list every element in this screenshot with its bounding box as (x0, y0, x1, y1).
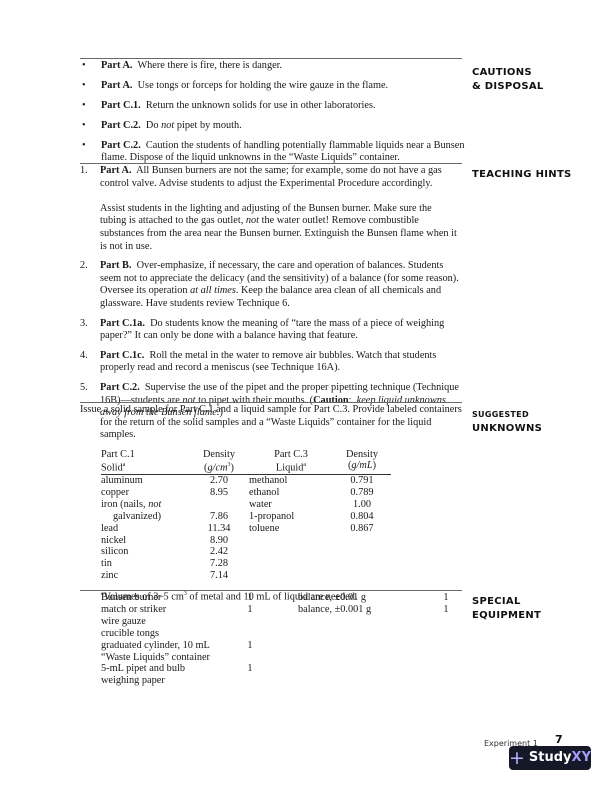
density-table-body: aluminum2.70methanol0.791copper8.95ethan… (101, 475, 391, 583)
part-label: Part C.1a. (100, 318, 145, 329)
liquid-name (249, 570, 333, 582)
liquid-density: 0.867 (333, 523, 391, 535)
equipment-qty: 1 (235, 640, 265, 652)
caution-item: • Part A. Where there is fire, there is … (80, 60, 464, 73)
equipment-item: graduated cylinder, 10 mL (101, 640, 235, 652)
unknowns-heading-line1: Suggested (472, 408, 542, 422)
caution-text: Where there is fire, there is danger. (137, 60, 282, 71)
part-label: Part C.1c. (100, 350, 144, 361)
solid-density: 2.42 (189, 546, 249, 558)
equipment-row: graduated cylinder, 10 mL1 (101, 640, 265, 652)
hint-text: Do students know the meaning of “tare th… (100, 318, 444, 342)
part-label: Part C.2. (101, 120, 141, 131)
liquid-name (249, 558, 333, 570)
liquid-density (333, 570, 391, 582)
solid-density: 7.14 (189, 570, 249, 582)
equipment-heading-line2: Equipment (472, 609, 541, 623)
cautions-heading-line2: & Disposal (472, 80, 544, 94)
liquid-density (333, 546, 391, 558)
caution-item: • Part A. Use tongs or forceps for holdi… (80, 80, 464, 93)
equipment-item: wire gauze (101, 616, 235, 628)
equipment-item: weighing paper (101, 675, 235, 687)
header-density-liquid: Density (333, 449, 391, 460)
caution-text: Return the unknown solids for use in oth… (146, 100, 376, 111)
solid-name: tin (101, 558, 189, 570)
caution-text: Use tongs or forceps for holding the wir… (138, 80, 388, 91)
cautions-heading: Cautions & Disposal (472, 66, 544, 94)
solid-name: zinc (101, 570, 189, 582)
header-liquid: Part C.3 (249, 449, 333, 460)
section-rule-teaching (80, 163, 462, 164)
equipment-item: crucible tongs (101, 628, 235, 640)
liquid-name (249, 535, 333, 547)
cautions-heading-line1: Cautions (472, 66, 544, 80)
equipment-item: balance, ±0.01 g (298, 592, 436, 604)
equipment-row: weighing paper (101, 675, 265, 687)
caution-text: Caution the students of handling potenti… (101, 140, 464, 164)
header-liquid-sub: Liquida (249, 460, 333, 474)
section-rule-unknowns (80, 402, 462, 403)
bullet-icon: • (82, 80, 86, 93)
solid-density (189, 499, 249, 511)
equipment-qty: 1 (436, 604, 456, 616)
liquid-density: 0.789 (333, 487, 391, 499)
liquid-density (333, 535, 391, 547)
solid-name: copper (101, 487, 189, 499)
solid-name: silicon (101, 546, 189, 558)
special-equipment-heading: Special Equipment (472, 595, 541, 623)
density-table: Part C.1 Density Part C.3 Density Solida… (101, 449, 391, 582)
equipment-item: balance, ±0.001 g (298, 604, 436, 616)
solid-density: 7.86 (189, 511, 249, 523)
liquid-name: 1-propanol (249, 511, 333, 523)
liquid-name: methanol (249, 475, 333, 487)
part-label: Part A. (100, 165, 131, 176)
equipment-row: wire gauze (101, 616, 265, 628)
cautions-list: • Part A. Where there is fire, there is … (80, 60, 464, 165)
item-number: 1. (80, 165, 88, 178)
solid-name: aluminum (101, 475, 189, 487)
part-label: Part A. (101, 60, 132, 71)
hint-item: 4. Part C.1c. Roll the metal in the wate… (80, 350, 460, 375)
brand-name: StudyXY (529, 752, 591, 765)
liquid-name (249, 546, 333, 558)
hint-text: Roll the metal in the water to remove ai… (100, 350, 436, 374)
item-number: 2. (80, 260, 88, 273)
part-label: Part C.2. (100, 382, 140, 393)
unknowns-heading-line2: Unknowns (472, 422, 542, 436)
part-label: Part A. (101, 80, 132, 91)
table-row: aluminum2.70methanol0.791 (101, 475, 391, 487)
bullet-icon: • (82, 100, 86, 113)
density-table-header: Part C.1 Density Part C.3 Density (101, 449, 391, 460)
equipment-row: 5-mL pipet and bulb1 (101, 663, 265, 675)
hint-text: All Bunsen burners are not the same; for… (100, 165, 442, 189)
liquid-density: 1.00 (333, 499, 391, 511)
section-rule-equipment (80, 590, 462, 591)
liquid-density (333, 558, 391, 570)
solid-name: nickel (101, 535, 189, 547)
equipment-qty: 1 (235, 604, 265, 616)
emphasis: not (161, 120, 174, 131)
equipment-row: balance, ±0.01 g1 (298, 592, 456, 604)
suggested-unknowns-heading: Suggested Unknowns (472, 408, 542, 436)
equipment-row: match or striker1 (101, 604, 265, 616)
solid-name: iron (nails, not (101, 499, 189, 511)
liquid-name: toluene (249, 523, 333, 535)
equipment-qty: 1 (235, 592, 265, 604)
equipment-left-body: Bunsen burner1match or striker1wire gauz… (101, 592, 265, 687)
hint-item: 2. Part B. Over-emphasize, if necessary,… (80, 260, 460, 310)
header-solid-sub: Solida (101, 460, 189, 474)
liquid-density: 0.791 (333, 475, 391, 487)
table-row: lead11.34toluene0.867 (101, 523, 391, 535)
equipment-right-body: balance, ±0.01 g1balance, ±0.001 g1 (298, 592, 456, 616)
bullet-icon: • (82, 140, 86, 153)
table-row: zinc7.14 (101, 570, 391, 582)
header-density-solid-unit: (g/cm3) (189, 460, 249, 474)
caution-item: • Part C.1. Return the unknown solids fo… (80, 100, 464, 113)
liquid-name: ethanol (249, 487, 333, 499)
equipment-heading-line1: Special (472, 595, 541, 609)
emphasis: not (246, 215, 259, 226)
solid-name: galvanized) (101, 511, 189, 523)
equipment-item: “Waste Liquids” container (101, 652, 235, 664)
equipment-qty (235, 652, 265, 664)
table-row: copper8.95ethanol0.789 (101, 487, 391, 499)
hint-item: 3. Part C.1a. Do students know the meani… (80, 318, 460, 343)
page-number: 7 (555, 734, 563, 747)
item-number: 4. (80, 350, 88, 363)
equipment-item: 5-mL pipet and bulb (101, 663, 235, 675)
equipment-row: “Waste Liquids” container (101, 652, 265, 664)
equipment-row: crucible tongs (101, 628, 265, 640)
solid-name: lead (101, 523, 189, 535)
table-row: iron (nails, notwater1.00 (101, 499, 391, 511)
table-row: tin7.28 (101, 558, 391, 570)
equipment-qty (235, 628, 265, 640)
item-number: 3. (80, 318, 88, 331)
suggested-unknowns-body: Issue a solid sample for Part C.1 and a … (80, 404, 462, 604)
bullet-icon: • (82, 120, 86, 133)
caution-text: pipet by mouth. (177, 120, 242, 131)
part-label: Part C.2. (101, 140, 141, 151)
equipment-qty: 1 (436, 592, 456, 604)
solid-density: 11.34 (189, 523, 249, 535)
item-number: 5. (80, 382, 88, 395)
equipment-left-table: Bunsen burner1match or striker1wire gauz… (101, 592, 265, 687)
studyxy-watermark[interactable]: +StudyXY (509, 746, 591, 770)
caution-text: Do (146, 120, 159, 131)
caution-item: • Part C.2. Caution the students of hand… (80, 140, 473, 165)
liquid-density: 0.804 (333, 511, 391, 523)
teaching-hints-heading: Teaching Hints (472, 168, 572, 182)
caution-item: • Part C.2. Do not pipet by mouth. (80, 120, 464, 133)
solid-density: 7.28 (189, 558, 249, 570)
solid-density: 2.70 (189, 475, 249, 487)
bullet-icon: • (82, 60, 86, 73)
equipment-right-table: balance, ±0.01 g1balance, ±0.001 g1 (298, 592, 456, 616)
equipment-item: match or striker (101, 604, 235, 616)
equipment-qty: 1 (235, 663, 265, 675)
header-solid: Part C.1 (101, 449, 189, 460)
equipment-item: Bunsen burner (101, 592, 235, 604)
section-rule-cautions (80, 58, 462, 59)
solid-density: 8.90 (189, 535, 249, 547)
teaching-hints-list: 1. Part A. All Bunsen burners are not th… (80, 165, 460, 420)
unknowns-intro: Issue a solid sample for Part C.1 and a … (80, 404, 462, 442)
equipment-qty (235, 616, 265, 628)
equipment-row: Bunsen burner1 (101, 592, 265, 604)
liquid-name: water (249, 499, 333, 511)
density-table-header: Solida (g/cm3) Liquida (g/mL) (101, 460, 391, 474)
plus-icon: + (509, 748, 525, 768)
solid-density: 8.95 (189, 487, 249, 499)
part-label: Part B. (100, 260, 131, 271)
table-row: silicon2.42 (101, 546, 391, 558)
header-density-liquid-unit: (g/mL) (333, 460, 391, 474)
hint-item: 1. Part A. All Bunsen burners are not th… (80, 165, 460, 253)
equipment-row: balance, ±0.001 g1 (298, 604, 456, 616)
header-density-solid: Density (189, 449, 249, 460)
equipment-qty (235, 675, 265, 687)
part-label: Part C.1. (101, 100, 141, 111)
table-row: nickel8.90 (101, 535, 391, 547)
table-row: galvanized)7.861-propanol0.804 (101, 511, 391, 523)
emphasis: at all times (190, 285, 236, 296)
